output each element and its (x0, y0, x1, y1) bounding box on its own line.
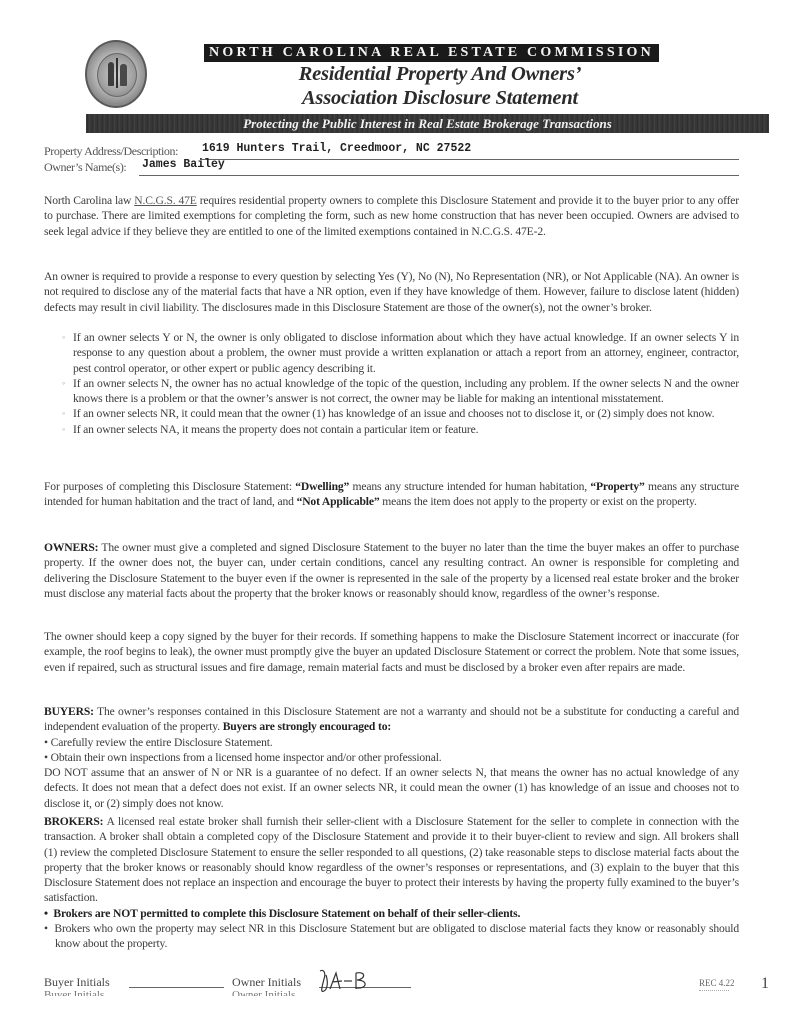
buyer-initials-label: Buyer Initials (44, 975, 110, 990)
list-item: ◦If an owner selects NR, it could mean t… (62, 406, 739, 421)
brokers-text: A licensed real estate broker shall furn… (44, 815, 739, 904)
seal-figure-right (120, 64, 127, 86)
buyers-paragraph: BUYERS: The owner’s responses contained … (44, 704, 739, 811)
brokers-heading: BROKERS: (44, 815, 103, 828)
owner-initials-label: Owner Initials (232, 975, 301, 990)
seal-inner (97, 53, 137, 97)
state-seal-icon (85, 40, 147, 108)
list-item: • Brokers who own the property may selec… (44, 921, 739, 952)
seal-pole (116, 58, 118, 88)
brokers-paragraph: BROKERS: A licensed real estate broker s… (44, 814, 739, 952)
form-title-line2: Association Disclosure Statement (220, 87, 660, 110)
intro-prefix: North Carolina law (44, 194, 134, 207)
bullet-text: If an owner selects Y or N, the owner is… (73, 331, 739, 375)
term-property: “Property” (590, 480, 644, 493)
bullet-text: Carefully review the entire Disclosure S… (51, 736, 273, 749)
buyers-heading: BUYERS: (44, 705, 94, 718)
list-item: • Carefully review the entire Disclosure… (44, 735, 739, 750)
form-code-underline (699, 990, 729, 991)
buyers-emphasis: Buyers are strongly encouraged to: (223, 720, 391, 733)
owners-paragraph: OWNERS: The owner must give a completed … (44, 540, 739, 601)
organization-banner: NORTH CAROLINA REAL ESTATE COMMISSION (204, 44, 659, 62)
property-address-label: Property Address/Description: (44, 144, 178, 158)
owners-copy-paragraph: The owner should keep a copy signed by t… (44, 629, 739, 675)
owner-name-label: Owner’s Name(s): (44, 160, 126, 174)
list-item: • Obtain their own inspections from a li… (44, 750, 739, 765)
owner-name-field[interactable]: James Bailey (142, 158, 225, 171)
owner-name-underline (139, 175, 739, 176)
definitions-text: means any structure intended for human h… (349, 480, 590, 493)
owner-initials-ghost: Owner Initials (232, 989, 295, 996)
bullet-text: Brokers are NOT permitted to complete th… (53, 907, 520, 920)
intro-paragraph: North Carolina law N.C.G.S. 47E requires… (44, 193, 739, 239)
form-code: REC 4.22 (699, 978, 735, 988)
tagline-banner: Protecting the Public Interest in Real E… (86, 114, 769, 133)
bullet-text: If an owner selects N, the owner has no … (73, 377, 739, 405)
owner-initials-signature (316, 967, 386, 995)
responses-bullet-list: ◦If an owner selects Y or N, the owner i… (62, 330, 739, 437)
page-number: 1 (761, 975, 769, 993)
term-not-applicable: “Not Applicable” (297, 495, 380, 508)
owners-text: The owner must give a completed and sign… (44, 541, 739, 600)
buyers-text: The owner’s responses contained in this … (44, 705, 739, 733)
bullet-icon: ◦ (62, 330, 65, 345)
owner-name-row: Owner’s Name(s): James Bailey (44, 160, 739, 176)
definitions-paragraph: For purposes of completing this Disclosu… (44, 479, 739, 510)
list-item: ◦If an owner selects N, the owner has no… (62, 376, 739, 407)
ncgs-47e-link[interactable]: N.C.G.S. 47E (134, 194, 197, 207)
form-title-line1: Residential Property And Owners’ (220, 63, 660, 86)
disclosure-page: NORTH CAROLINA REAL ESTATE COMMISSION Re… (0, 0, 786, 1024)
buyer-initials-field[interactable] (129, 987, 224, 988)
definitions-text: means the item does not apply to the pro… (380, 495, 697, 508)
bullet-icon: ◦ (62, 376, 65, 391)
term-dwelling: “Dwelling” (295, 480, 349, 493)
property-address-field[interactable]: 1619 Hunters Trail, Creedmoor, NC 27522 (202, 142, 471, 155)
bullet-text: Brokers who own the property may select … (54, 922, 739, 950)
bullet-text: If an owner selects NA, it means the pro… (73, 423, 478, 436)
definitions-text: For purposes of completing this Disclosu… (44, 480, 295, 493)
bullet-text: If an owner selects NR, it could mean th… (73, 407, 714, 420)
footer: Buyer Initials Buyer Initials Owner Init… (44, 975, 779, 1015)
owners-heading: OWNERS: (44, 541, 98, 554)
buyers-warning: DO NOT assume that an answer of N or NR … (44, 765, 739, 811)
seal-figure-left (108, 62, 114, 86)
list-item: • Brokers are NOT permitted to complete … (44, 906, 739, 921)
bullet-icon: ◦ (62, 406, 65, 421)
list-item: ◦If an owner selects Y or N, the owner i… (62, 330, 739, 376)
responses-paragraph: An owner is required to provide a respon… (44, 269, 739, 315)
bullet-text: Obtain their own inspections from a lice… (51, 751, 442, 764)
buyer-initials-ghost: Buyer Initials (44, 989, 104, 996)
list-item: ◦If an owner selects NA, it means the pr… (62, 422, 739, 437)
bullet-icon: ◦ (62, 422, 65, 437)
